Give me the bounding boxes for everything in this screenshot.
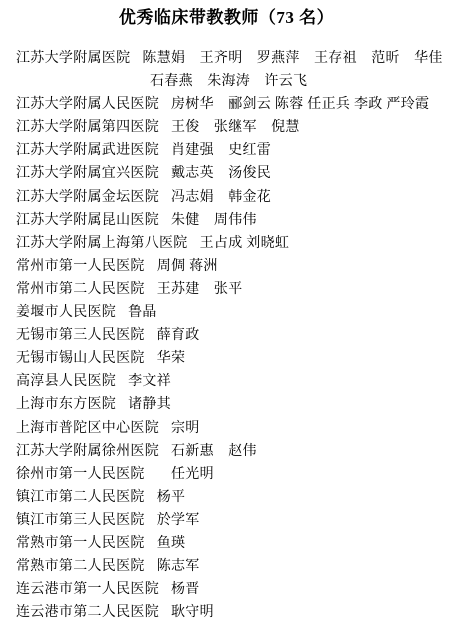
- hospital-name: 镇江市第三人民医院: [16, 513, 145, 528]
- list-item: 江苏大学附属上海第八医院王占成 刘晓虹: [0, 232, 453, 255]
- hospital-name: 无锡市锡山人民医院: [16, 351, 145, 366]
- hospital-name: 江苏大学附属第四医院: [16, 120, 159, 135]
- teacher-names: 鱼瑛: [157, 536, 186, 551]
- list-item: 江苏大学附属徐州医院石新惠 赵伟: [0, 440, 453, 463]
- teacher-names: 杨晋: [171, 582, 200, 597]
- list-item: 常熟市第二人民医院陈志军: [0, 555, 453, 578]
- list-item: 江苏大学附属金坛医院冯志娟 韩金花: [0, 186, 453, 209]
- document-page: 优秀临床带教教师（73 名） 江苏大学附属医院陈慧娟 王齐明 罗燕萍 王存祖 范…: [0, 0, 453, 621]
- list-item: 上海市普陀区中心医院宗明: [0, 417, 453, 440]
- teacher-names: 宗明: [171, 421, 200, 436]
- list-item: 江苏大学附属宜兴医院戴志英 汤俊民: [0, 162, 453, 185]
- teacher-names: 陈志军: [157, 559, 200, 574]
- teacher-names: 鲁晶: [128, 305, 157, 320]
- hospital-name: 上海市东方医院: [16, 397, 116, 412]
- hospital-name: 常熟市第一人民医院: [16, 536, 145, 551]
- hospital-name: 江苏大学附属徐州医院: [16, 444, 159, 459]
- teacher-names: 王俊 张继军 倪慧: [171, 120, 300, 135]
- hospital-name: 镇江市第二人民医院: [16, 490, 145, 505]
- list-item: 常州市第一人民医院周倜 蒋洲: [0, 255, 453, 278]
- hospital-name: 连云港市第二人民医院: [16, 605, 159, 620]
- teacher-names: 任光明: [157, 467, 214, 482]
- hospital-name: 江苏大学附属金坛医院: [16, 190, 159, 205]
- teacher-names: 朱健 周伟伟: [171, 213, 257, 228]
- list-item: 高淳县人民医院李文祥: [0, 370, 453, 393]
- list-item: 江苏大学附属第四医院王俊 张继军 倪慧: [0, 116, 453, 139]
- teacher-names: 薛育政: [157, 328, 200, 343]
- hospital-name: 江苏大学附属宜兴医院: [16, 166, 159, 181]
- teacher-names: 陈慧娟 王齐明 罗燕萍 王存祖 范昕 华佳: [142, 51, 442, 66]
- teacher-names: 李文祥: [128, 374, 171, 389]
- teacher-names: 戴志英 汤俊民: [171, 166, 271, 181]
- list-item: 姜堰市人民医院鲁晶: [0, 301, 453, 324]
- list-item: 上海市东方医院诸静其: [0, 393, 453, 416]
- hospital-name: 常州市第二人民医院: [16, 282, 145, 297]
- hospital-name: 常州市第一人民医院: [16, 259, 145, 274]
- teacher-names: 华荣: [157, 351, 186, 366]
- list-item: 江苏大学附属武进医院肖建强 史红雷: [0, 139, 453, 162]
- names-continuation-line: 石春燕 朱海涛 许云飞: [0, 70, 453, 93]
- teacher-names: 石新惠 赵伟: [171, 444, 257, 459]
- list-item: 常熟市第一人民医院鱼瑛: [0, 532, 453, 555]
- hospital-name: 江苏大学附属医院: [16, 51, 130, 66]
- list-item: 无锡市锡山人民医院华荣: [0, 347, 453, 370]
- teacher-names: 诸静其: [128, 397, 171, 412]
- document-title: 优秀临床带教教师（73 名）: [0, 0, 453, 30]
- teacher-names: 於学军: [157, 513, 200, 528]
- hospital-name: 江苏大学附属上海第八医院: [16, 236, 188, 251]
- teacher-names: 冯志娟 韩金花: [171, 190, 271, 205]
- hospital-name: 连云港市第一人民医院: [16, 582, 159, 597]
- hospital-name: 无锡市第三人民医院: [16, 328, 145, 343]
- list-item: 无锡市第三人民医院薛育政: [0, 324, 453, 347]
- list-item: 江苏大学附属昆山医院朱健 周伟伟: [0, 209, 453, 232]
- hospital-name: 徐州市第一人民医院: [16, 467, 145, 482]
- teacher-names: 杨平: [157, 490, 186, 505]
- hospital-name: 高淳县人民医院: [16, 374, 116, 389]
- list-item: 镇江市第三人民医院於学军: [0, 509, 453, 532]
- list-item: 徐州市第一人民医院 任光明: [0, 463, 453, 486]
- teacher-names: 王苏建 张平: [157, 282, 243, 297]
- hospital-name: 江苏大学附属昆山医院: [16, 213, 159, 228]
- hospital-name: 姜堰市人民医院: [16, 305, 116, 320]
- teacher-names: 周倜 蒋洲: [157, 259, 218, 274]
- list-item: 江苏大学附属医院陈慧娟 王齐明 罗燕萍 王存祖 范昕 华佳: [0, 47, 453, 70]
- hospital-name: 上海市普陀区中心医院: [16, 421, 159, 436]
- list-item: 江苏大学附属人民医院房树华 郦剑云 陈蓉 任正兵 李政 严玲霞: [0, 93, 453, 116]
- teacher-list: 江苏大学附属医院陈慧娟 王齐明 罗燕萍 王存祖 范昕 华佳石春燕 朱海涛 许云飞…: [0, 47, 453, 621]
- hospital-name: 常熟市第二人民医院: [16, 559, 145, 574]
- teacher-names: 肖建强 史红雷: [171, 143, 271, 158]
- teacher-names: 石春燕 朱海涛 许云飞: [150, 74, 307, 89]
- teacher-names: 房树华 郦剑云 陈蓉 任正兵 李政 严玲霞: [171, 97, 429, 112]
- hospital-name: 江苏大学附属人民医院: [16, 97, 159, 112]
- teacher-names: 王占成 刘晓虹: [200, 236, 290, 251]
- list-item: 常州市第二人民医院王苏建 张平: [0, 278, 453, 301]
- list-item: 连云港市第二人民医院耿守明: [0, 601, 453, 621]
- hospital-name: 江苏大学附属武进医院: [16, 143, 159, 158]
- list-item: 连云港市第一人民医院杨晋: [0, 578, 453, 601]
- list-item: 镇江市第二人民医院杨平: [0, 486, 453, 509]
- teacher-names: 耿守明: [171, 605, 214, 620]
